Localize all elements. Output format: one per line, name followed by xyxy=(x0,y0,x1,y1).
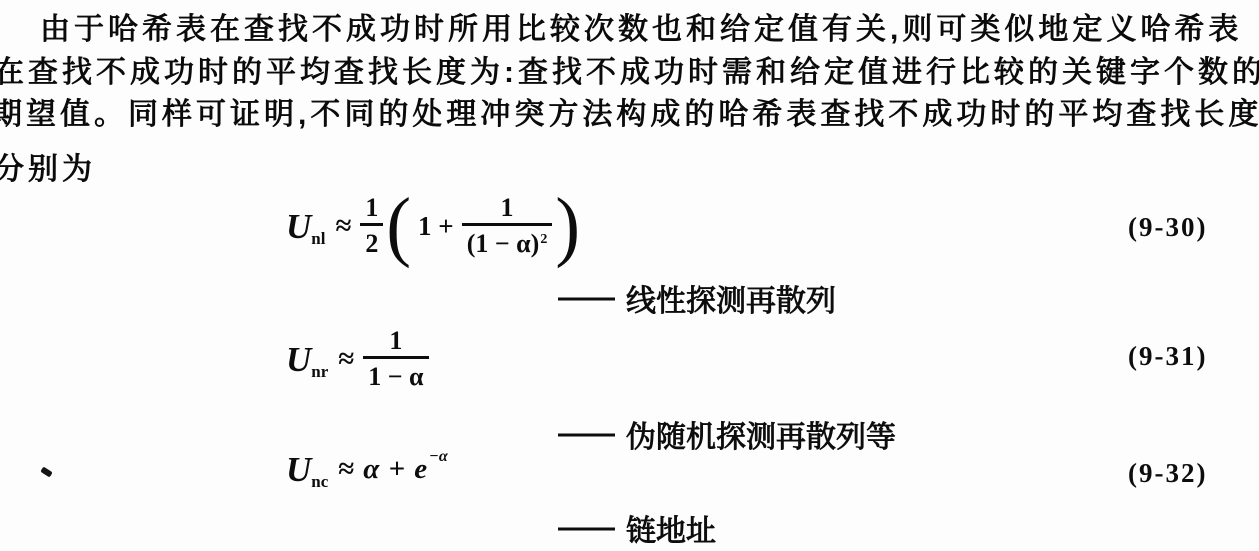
fraction-numerator: 1 xyxy=(496,193,519,223)
approx-symbol: ≈ xyxy=(338,345,354,374)
ink-speck xyxy=(40,466,52,477)
fraction-denominator: 1 − α xyxy=(363,356,428,392)
fraction-denominator: 2 xyxy=(360,223,383,259)
approx-symbol: ≈ xyxy=(335,212,351,241)
math-subscript-nc: nc xyxy=(311,473,328,490)
math-variable-U: U xyxy=(286,452,311,487)
math-subscript-nl: nl xyxy=(311,230,325,247)
method-label-text: 线性探测再散列 xyxy=(626,276,836,320)
method-label-text: 伪随机探测再散列等 xyxy=(626,412,896,456)
close-parenthesis: ) xyxy=(555,189,580,264)
fraction-one-half: 1 2 xyxy=(360,193,383,259)
fraction-denominator: (1 − α)2 xyxy=(462,223,553,259)
denominator-base: (1 − α) xyxy=(467,229,540,258)
paragraph-line-1: 由于哈希表在查找不成功时所用比较次数也和给定值有关,则可类似地定义哈希表 xyxy=(40,4,1242,48)
equation-number-9-32: (9-32) xyxy=(1128,458,1207,489)
equation-number-9-31: (9-31) xyxy=(1128,341,1207,372)
paragraph-line-3: 期望值。同样可证明,不同的处理冲突方法构成的哈希表查找不成功时的平均查找长度 xyxy=(0,89,1259,133)
method-label-pseudorandom-probing: —— 伪随机探测再散列等 xyxy=(558,412,896,456)
math-subscript-nr: nr xyxy=(311,363,328,380)
formula-unsuccessful-linear-probing: Unl ≈ 1 2 ( 1 + 1 (1 − α)2 ) xyxy=(286,186,583,266)
math-exponent-minus-alpha: −α xyxy=(429,448,448,466)
math-term-one-plus: 1 + xyxy=(418,213,454,240)
fraction-numerator: 1 xyxy=(384,326,407,356)
paragraph-line-4: 分别为 xyxy=(0,144,96,188)
em-dash: —— xyxy=(558,281,612,315)
method-label-text: 链地址 xyxy=(626,506,716,550)
formula-unsuccessful-chaining: Unc ≈ α + e−α xyxy=(286,446,448,492)
method-label-linear-probing: —— 线性探测再散列 xyxy=(558,276,836,320)
formula-unsuccessful-random-probing: Unr ≈ 1 1 − α xyxy=(286,322,429,396)
approx-symbol: ≈ xyxy=(338,455,354,484)
fraction-inverse-square: 1 (1 − α)2 xyxy=(462,193,553,259)
fraction-inverse: 1 1 − α xyxy=(363,326,428,392)
math-variable-U: U xyxy=(286,342,311,377)
open-parenthesis: ( xyxy=(386,189,411,264)
fraction-numerator: 1 xyxy=(360,193,383,223)
em-dash: —— xyxy=(558,511,612,545)
scanned-textbook-page: 由于哈希表在查找不成功时所用比较次数也和给定值有关,则可类似地定义哈希表 在查找… xyxy=(0,0,1259,551)
math-expression-alpha-plus-e: α + e xyxy=(363,455,428,484)
paragraph-line-2: 在查找不成功时的平均查找长度为:查找不成功时需和给定值进行比较的关键字个数的 xyxy=(0,47,1259,91)
equation-number-9-30: (9-30) xyxy=(1128,212,1207,243)
denominator-exponent: 2 xyxy=(540,232,547,247)
math-variable-U: U xyxy=(286,209,311,244)
em-dash: —— xyxy=(558,417,612,451)
method-label-chaining: —— 链地址 xyxy=(558,506,716,550)
